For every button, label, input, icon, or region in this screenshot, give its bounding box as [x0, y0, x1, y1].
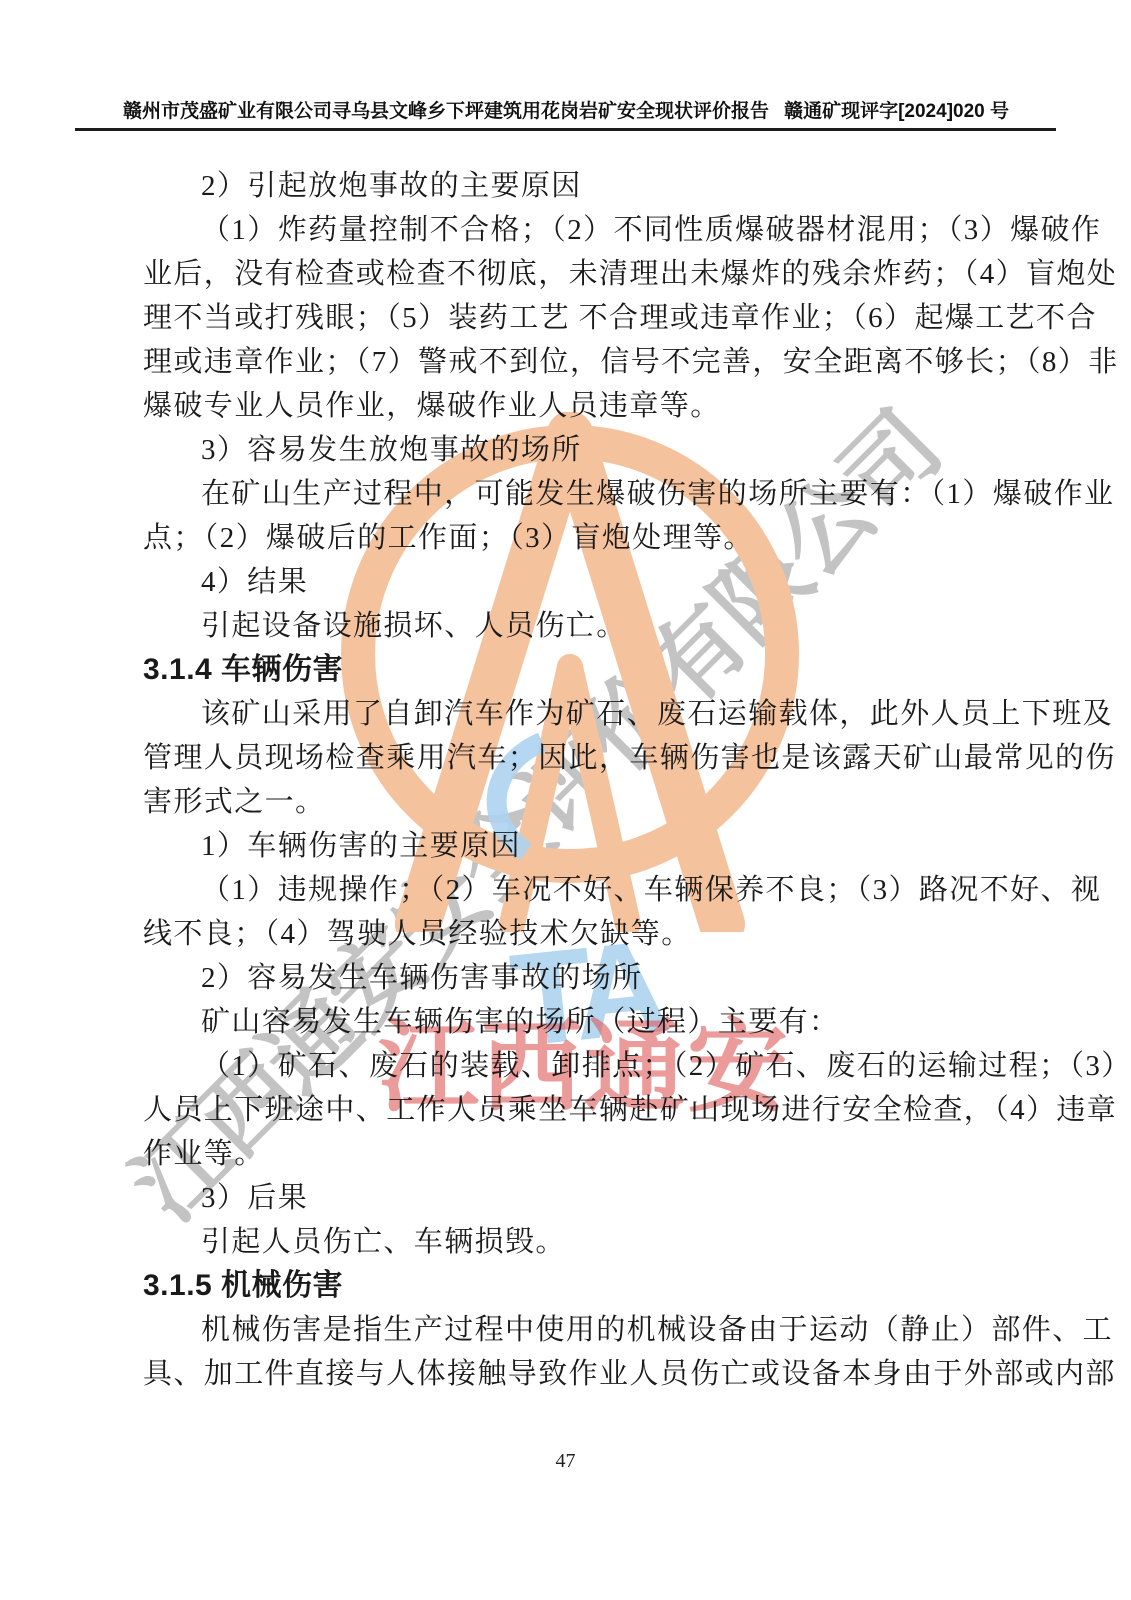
text-line: （1）炸药量控制不合格；（2）不同性质爆破器材混用；（3）爆破作 — [143, 208, 995, 252]
text-line: 3）后果 — [143, 1176, 995, 1220]
page-number: 47 — [0, 1450, 1131, 1473]
text-line: 点；（2）爆破后的工作面；（3）盲炮处理等。 — [143, 516, 995, 560]
header-document-number: 赣通矿现评字[2024]020 号 — [784, 96, 1009, 123]
text-line: 2）引起放炮事故的主要原因 — [143, 164, 995, 208]
text-line: 2）容易发生车辆伤害事故的场所 — [143, 956, 995, 1000]
text-line: 作业等。 — [143, 1132, 995, 1176]
text-line: 矿山容易发生车辆伤害的场所（过程）主要有： — [143, 1000, 995, 1044]
text-line: 人员上下班途中、工作人员乘坐车辆赴矿山现场进行安全检查，（4）违章 — [143, 1088, 995, 1132]
text-line: 管理人员现场检查乘用汽车；因此，车辆伤害也是该露天矿山最常见的伤 — [143, 736, 995, 780]
document-page: 江西通安安全评价有限公司 TA 江西通安 赣州市茂盛矿业有限公司寻乌县文峰乡下坪… — [0, 0, 1131, 1600]
text-line: 爆破专业人员作业，爆破作业人员违章等。 — [143, 384, 995, 428]
section-heading: 3.1.5 机械伤害 — [143, 1264, 995, 1308]
text-line: 4）结果 — [143, 560, 995, 604]
text-line: 业后，没有检查或检查不彻底，未清理出未爆炸的残余炸药；（4）盲炮处 — [143, 252, 995, 296]
text-line: 3）容易发生放炮事故的场所 — [143, 428, 995, 472]
section-heading: 3.1.4 车辆伤害 — [143, 648, 995, 692]
text-line: （1）违规操作；（2）车况不好、车辆保养不良；（3）路况不好、视 — [143, 868, 995, 912]
text-line: 理不当或打残眼；（5）装药工艺 不合理或违章作业；（6）起爆工艺不合 — [143, 296, 995, 340]
text-line: 害形式之一。 — [143, 780, 995, 824]
text-line: 理或违章作业；（7）警戒不到位，信号不完善，安全距离不够长；（8）非 — [143, 340, 995, 384]
text-line: 引起人员伤亡、车辆损毁。 — [143, 1220, 995, 1264]
text-line: 具、加工件直接与人体接触导致作业人员伤亡或设备本身由于外部或内部 — [143, 1352, 995, 1396]
header-report-title: 赣州市茂盛矿业有限公司寻乌县文峰乡下坪建筑用花岗岩矿安全现状评价报告 — [123, 96, 769, 123]
text-line: 引起设备设施损坏、人员伤亡。 — [143, 604, 995, 648]
report-body: 2）引起放炮事故的主要原因（1）炸药量控制不合格；（2）不同性质爆破器材混用；（… — [143, 164, 995, 1396]
text-line: 在矿山生产过程中，可能发生爆破伤害的场所主要有：（1）爆破作业 — [143, 472, 995, 516]
header-divider — [75, 128, 1056, 131]
content-layer: 赣州市茂盛矿业有限公司寻乌县文峰乡下坪建筑用花岗岩矿安全现状评价报告 赣通矿现评… — [0, 0, 1131, 1600]
text-line: （1）矿石、废石的装载、卸排点；（2）矿石、废石的运输过程；（3） — [143, 1044, 995, 1088]
text-line: 机械伤害是指生产过程中使用的机械设备由于运动（静止）部件、工 — [143, 1308, 995, 1352]
page-header: 赣州市茂盛矿业有限公司寻乌县文峰乡下坪建筑用花岗岩矿安全现状评价报告 赣通矿现评… — [123, 96, 1009, 123]
text-line: 该矿山采用了自卸汽车作为矿石、废石运输载体，此外人员上下班及 — [143, 692, 995, 736]
text-line: 线不良；（4）驾驶人员经验技术欠缺等。 — [143, 912, 995, 956]
text-line: 1）车辆伤害的主要原因 — [143, 824, 995, 868]
